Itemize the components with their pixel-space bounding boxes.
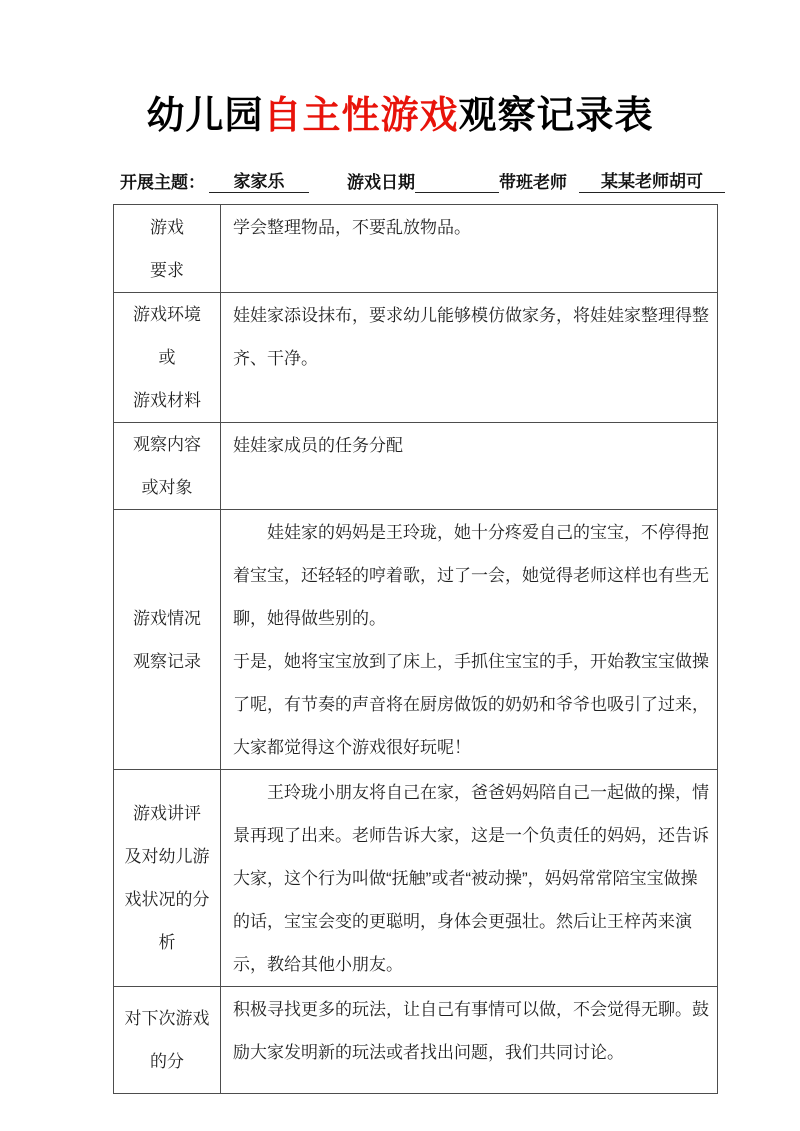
- row-content-game-situation-observation-record: 娃娃家的妈妈是王玲珑，她十分疼爱自己的宝宝，不停得抱着宝宝，还轻轻的哼着歌，过了…: [221, 510, 718, 770]
- row-label-game-requirements: 游戏要求: [114, 205, 221, 293]
- table-row-game-situation-observation-record: 游戏情况观察记录娃娃家的妈妈是王玲珑，她十分疼爱自己的宝宝，不停得抱着宝宝，还轻…: [114, 510, 718, 770]
- label-line: 或: [116, 336, 218, 379]
- label-line: 析: [116, 921, 218, 964]
- row-label-game-review-and-analysis: 游戏讲评及对幼儿游戏状况的分析: [114, 770, 221, 987]
- label-line: 对下次游戏: [116, 997, 218, 1040]
- title-prefix: 幼儿园: [146, 95, 263, 137]
- label-line: 或对象: [116, 466, 218, 509]
- label-line: 观察记录: [116, 640, 218, 683]
- row-content-game-requirements: 学会整理物品，不要乱放物品。: [221, 205, 718, 293]
- label-line: 观察内容: [116, 423, 218, 466]
- table-row-next-game-plan: 对下次游戏的分积极寻找更多的玩法，让自己有事情可以做，不会觉得无聊。鼓励大家发明…: [114, 987, 718, 1094]
- title-suffix: 观察记录表: [459, 95, 654, 137]
- paragraph: 王玲珑小朋友将自己在家，爸爸妈妈陪自己一起做的操，情景再现了出来。老师告诉大家，…: [233, 771, 712, 986]
- teacher-value: 某某老师胡可: [579, 172, 725, 193]
- label-line: 游戏环境: [116, 293, 218, 336]
- label-line: 及对幼儿游: [116, 835, 218, 878]
- table-row-game-environment-or-materials: 游戏环境或游戏材料娃娃家添设抹布，要求幼儿能够模仿做家务，将娃娃家整理得整齐、干…: [114, 293, 718, 423]
- row-label-observation-content-or-target: 观察内容或对象: [114, 423, 221, 510]
- theme-label: 开展主题：: [120, 173, 205, 192]
- meta-line: 开展主题：家家乐游戏日期带班老师某某老师胡可: [120, 168, 800, 193]
- theme-value: 家家乐: [209, 172, 309, 193]
- date-blank-field: [415, 172, 499, 193]
- label-line: 游戏情况: [116, 597, 218, 640]
- row-label-game-environment-or-materials: 游戏环境或游戏材料: [114, 293, 221, 423]
- table-row-game-review-and-analysis: 游戏讲评及对幼儿游戏状况的分析王玲珑小朋友将自己在家，爸爸妈妈陪自己一起做的操，…: [114, 770, 718, 987]
- date-label: 游戏日期: [347, 173, 415, 192]
- paragraph: 于是，她将宝宝放到了床上，手抓住宝宝的手，开始教宝宝做操了呢，有节奏的声音将在厨…: [233, 640, 712, 769]
- table-row-game-requirements: 游戏要求学会整理物品，不要乱放物品。: [114, 205, 718, 293]
- paragraph: 娃娃家成员的任务分配: [233, 424, 712, 467]
- row-content-next-game-plan: 积极寻找更多的玩法，让自己有事情可以做，不会觉得无聊。鼓励大家发明新的玩法或者找…: [221, 987, 718, 1094]
- label-line: 游戏: [116, 206, 218, 249]
- row-content-game-environment-or-materials: 娃娃家添设抹布，要求幼儿能够模仿做家务，将娃娃家整理得整齐、干净。: [221, 293, 718, 423]
- row-label-next-game-plan: 对下次游戏的分: [114, 987, 221, 1094]
- row-content-observation-content-or-target: 娃娃家成员的任务分配: [221, 423, 718, 510]
- row-label-game-situation-observation-record: 游戏情况观察记录: [114, 510, 221, 770]
- label-line: 要求: [116, 249, 218, 292]
- label-line: 的分: [116, 1040, 218, 1083]
- title-highlight: 自主性游戏: [263, 95, 458, 137]
- paragraph: 学会整理物品，不要乱放物品。: [233, 206, 712, 249]
- document-page: 幼儿园自主性游戏观察记录表 开展主题：家家乐游戏日期带班老师某某老师胡可 游戏要…: [0, 0, 800, 1131]
- label-line: 游戏材料: [116, 379, 218, 422]
- observation-table: 游戏要求学会整理物品，不要乱放物品。游戏环境或游戏材料娃娃家添设抹布，要求幼儿能…: [113, 204, 718, 1094]
- paragraph: 娃娃家的妈妈是王玲珑，她十分疼爱自己的宝宝，不停得抱着宝宝，还轻轻的哼着歌，过了…: [233, 511, 712, 640]
- row-content-game-review-and-analysis: 王玲珑小朋友将自己在家，爸爸妈妈陪自己一起做的操，情景再现了出来。老师告诉大家，…: [221, 770, 718, 987]
- page-title: 幼儿园自主性游戏观察记录表: [0, 0, 800, 138]
- label-line: 游戏讲评: [116, 792, 218, 835]
- table-row-observation-content-or-target: 观察内容或对象娃娃家成员的任务分配: [114, 423, 718, 510]
- label-line: 戏状况的分: [116, 878, 218, 921]
- paragraph: 娃娃家添设抹布，要求幼儿能够模仿做家务，将娃娃家整理得整齐、干净。: [233, 294, 712, 380]
- observation-table-body: 游戏要求学会整理物品，不要乱放物品。游戏环境或游戏材料娃娃家添设抹布，要求幼儿能…: [114, 205, 718, 1094]
- teacher-label: 带班老师: [499, 173, 567, 192]
- paragraph: 积极寻找更多的玩法，让自己有事情可以做，不会觉得无聊。鼓励大家发明新的玩法或者找…: [233, 988, 712, 1074]
